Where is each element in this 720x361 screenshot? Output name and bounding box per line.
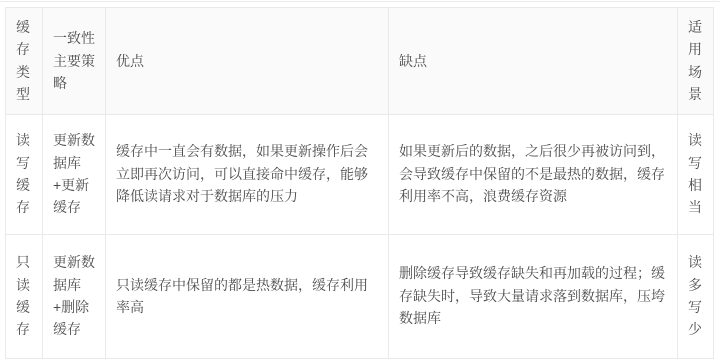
header-cache-type: 缓存类型 bbox=[6, 8, 43, 115]
page: 缓存类型 一致性主要策略 优点 缺点 适用场景 读写缓存 更新数据库+更新缓存 … bbox=[0, 0, 720, 361]
cell-strategy: 更新数据库+删除缓存 bbox=[43, 234, 106, 358]
cell-cache-type: 读写缓存 bbox=[6, 114, 43, 234]
cache-strategy-table: 缓存类型 一致性主要策略 优点 缺点 适用场景 读写缓存 更新数据库+更新缓存 … bbox=[5, 7, 714, 359]
header-pros: 优点 bbox=[106, 8, 389, 115]
header-row: 缓存类型 一致性主要策略 优点 缺点 适用场景 bbox=[6, 8, 714, 115]
table-row-read-write-cache: 读写缓存 更新数据库+更新缓存 缓存中一直会有数据，如果更新操作后会立即再次访问… bbox=[6, 114, 714, 234]
cell-cons: 如果更新后的数据，之后很少再被访问到，会导致缓存中保留的不是最热的数据，缓存利用… bbox=[389, 114, 678, 234]
header-scenario: 适用场景 bbox=[678, 8, 714, 115]
cell-scenario: 读写相当 bbox=[678, 114, 714, 234]
header-cons: 缺点 bbox=[389, 8, 678, 115]
top-divider bbox=[0, 1, 720, 2]
cell-pros: 只读缓存中保留的都是热数据，缓存利用率高 bbox=[106, 234, 389, 358]
cell-strategy: 更新数据库+更新缓存 bbox=[43, 114, 106, 234]
cell-pros: 缓存中一直会有数据，如果更新操作后会立即再次访问，可以直接命中缓存，能够降低读请… bbox=[106, 114, 389, 234]
header-consistency-strategy: 一致性主要策略 bbox=[43, 8, 106, 115]
cell-cache-type: 只读缓存 bbox=[6, 234, 43, 358]
cell-cons: 删除缓存导致缓存缺失和再加载的过程；缓存缺失时，导致大量请求落到数据库，压垮数据… bbox=[389, 234, 678, 358]
table-row-read-only-cache: 只读缓存 更新数据库+删除缓存 只读缓存中保留的都是热数据，缓存利用率高 删除缓… bbox=[6, 234, 714, 358]
cell-scenario: 读多写少 bbox=[678, 234, 714, 358]
